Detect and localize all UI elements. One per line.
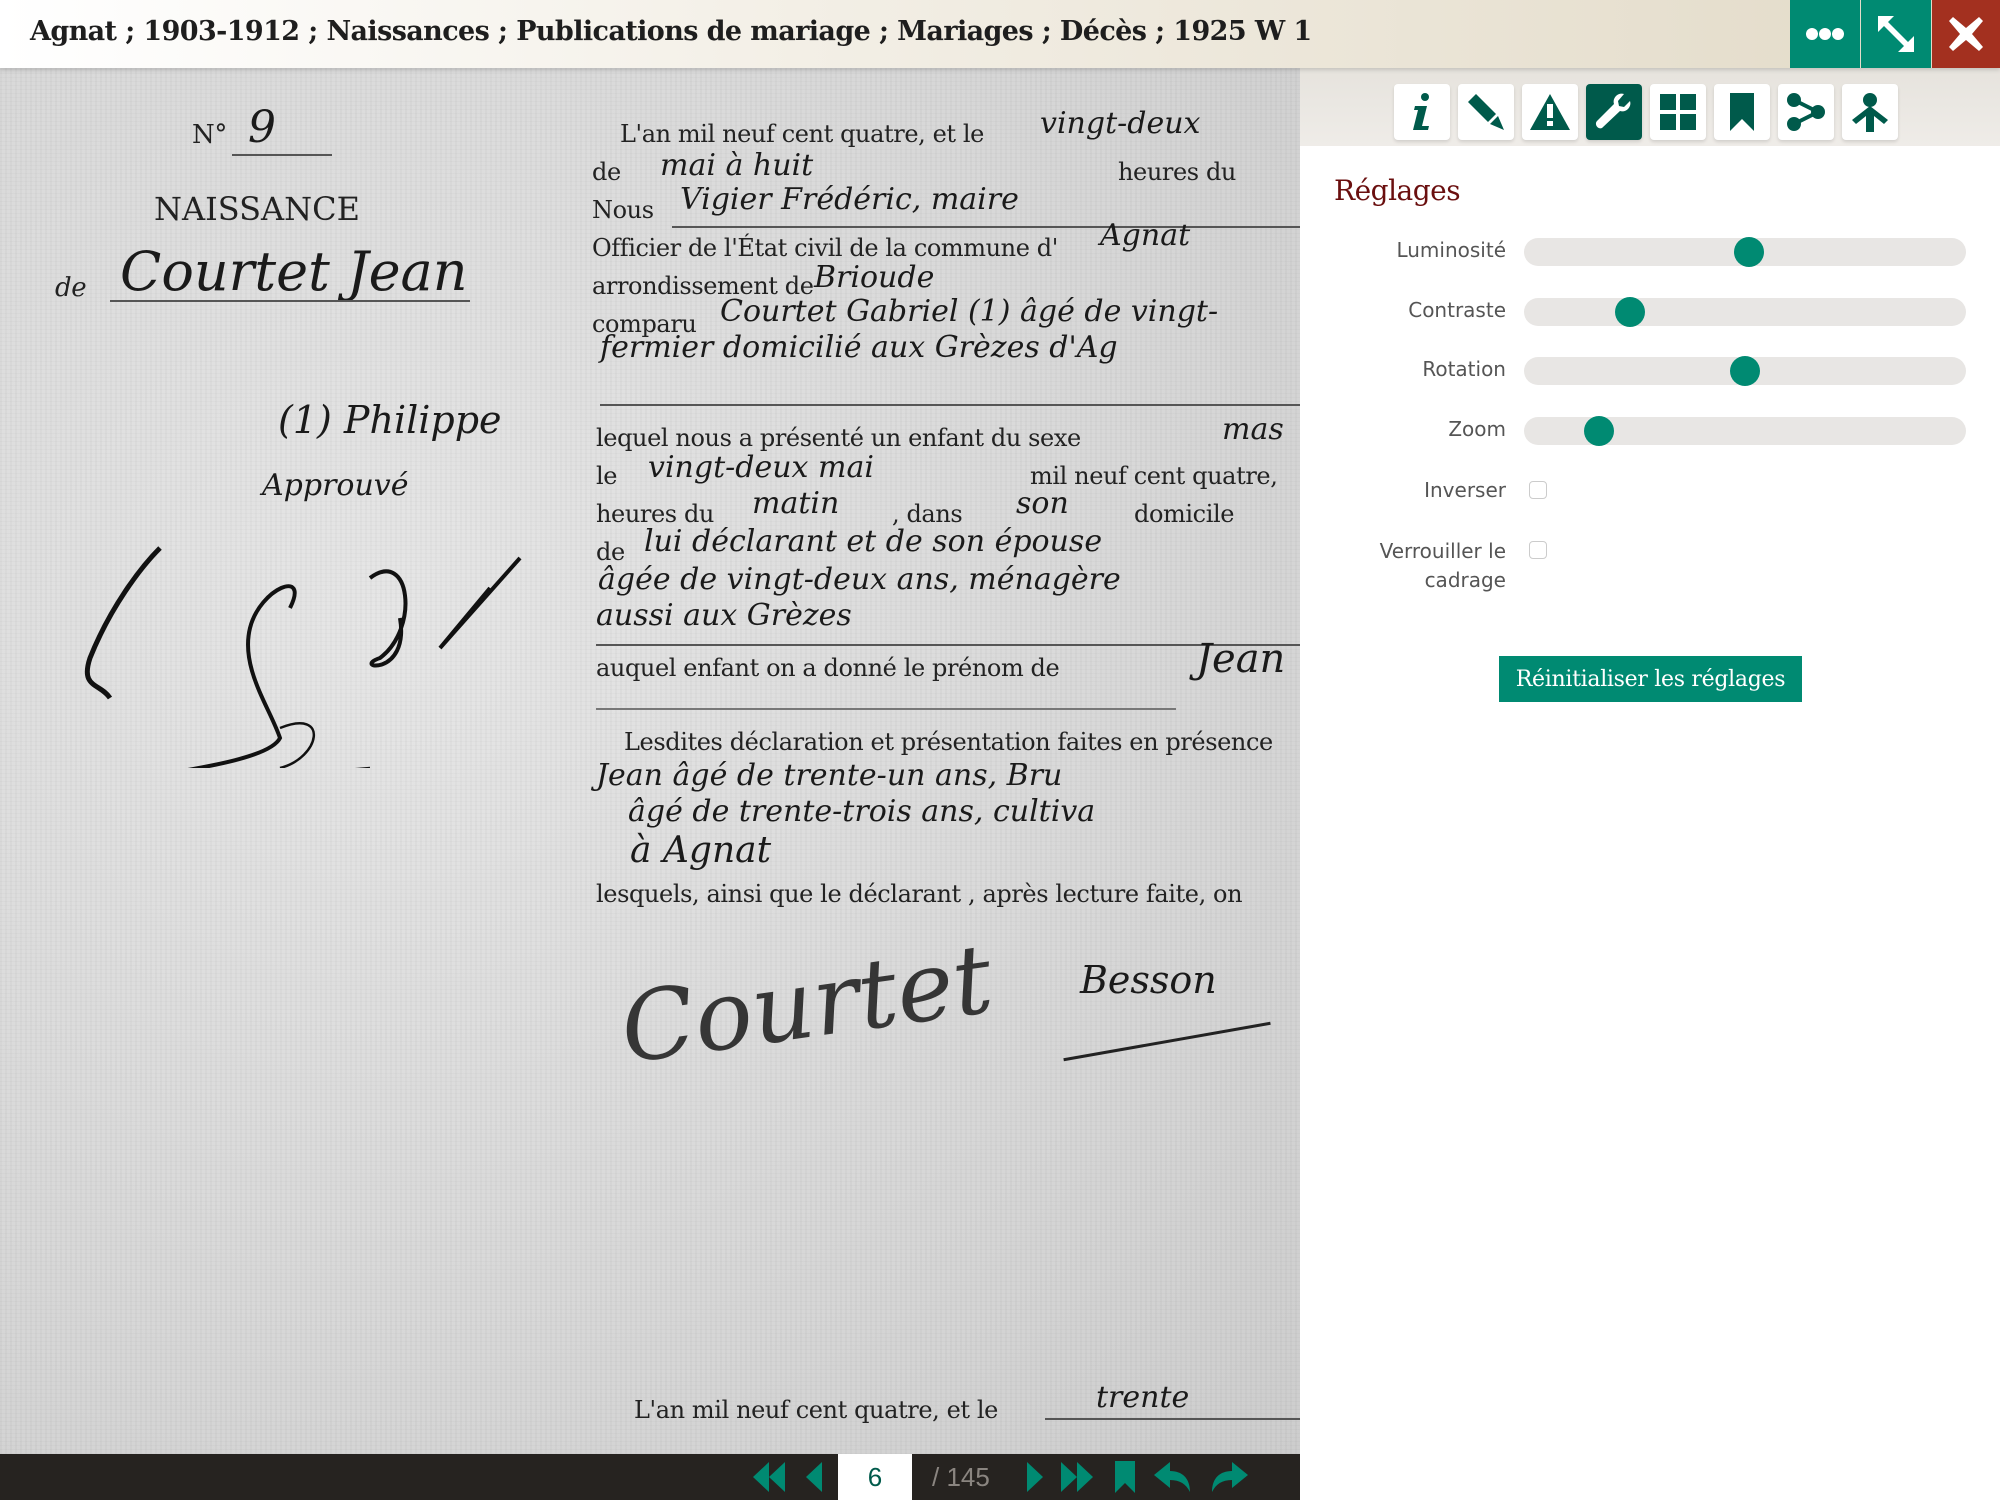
body-line-3-nous: Nous (592, 196, 654, 224)
page-navigation-bar: 6 / 145 (0, 1454, 1300, 1500)
current-page-value: 6 (868, 1462, 882, 1493)
handwritten-mother-age: âgée de vingt-deux ans, ménagère (598, 562, 1121, 597)
zoom-slider[interactable] (1524, 417, 1966, 445)
body-line-4-officier: Officier de l'État civil de la commune d… (592, 234, 1058, 262)
share-icon (1786, 92, 1826, 132)
double-chevron-left-icon (751, 1462, 787, 1492)
invert-label: Inverser (1296, 478, 1506, 502)
tool-share[interactable] (1778, 84, 1834, 140)
handwritten-father-residence: fermier domicilié aux Grèzes d'Ag (600, 330, 1118, 365)
chevron-right-icon (1025, 1462, 1043, 1492)
handwritten-day: vingt-deux (1040, 106, 1200, 141)
contrast-label: Contraste (1296, 298, 1506, 322)
handwritten-son: son (1016, 486, 1069, 521)
double-chevron-right-icon (1059, 1462, 1095, 1492)
handwritten-officer: Vigier Frédéric, maire (680, 182, 1019, 217)
fullscreen-button[interactable] (1861, 0, 1931, 68)
close-x-icon (1947, 15, 1985, 53)
lock-framing-checkbox[interactable] (1529, 541, 1547, 559)
close-button[interactable] (1932, 0, 2000, 68)
person-tree-icon (1850, 92, 1890, 132)
act-type: NAISSANCE (154, 190, 360, 228)
handwritten-sex: mas (1222, 412, 1284, 447)
grid-icon (1660, 94, 1696, 130)
tool-bookmarks[interactable] (1714, 84, 1770, 140)
handwritten-father: Courtet Gabriel (1) âgé de vingt- (720, 294, 1218, 329)
lock-framing-label: Verrouiller le cadrage (1296, 537, 1506, 595)
handwritten-mother-residence: aussi aux Grèzes (596, 598, 852, 633)
bookmark-page-button[interactable] (1110, 1454, 1140, 1500)
margin-note: (1) Philippe (278, 398, 502, 442)
body-line-2-heures: heures du (1118, 158, 1236, 186)
body-line-le: le (596, 462, 617, 490)
body-line-2-de: de (592, 158, 621, 186)
reset-settings-button[interactable]: Réinitialiser les réglages (1499, 656, 1802, 702)
approved-note: Approuvé (262, 468, 409, 503)
body-line-lesdites: Lesdites déclaration et présentation fai… (624, 728, 1273, 756)
previous-page-button[interactable] (800, 1454, 830, 1500)
handwritten-witness-1: Jean âgé de trente-un ans, Bru (596, 758, 1062, 793)
rotation-knob[interactable] (1730, 356, 1760, 386)
handwritten-time: matin (752, 486, 839, 521)
panel-title: Réglages (1334, 174, 1460, 207)
next-page-button[interactable] (1020, 1454, 1048, 1500)
settings-panel: Réglages Luminosité Contraste Rotation Z… (1300, 68, 2000, 1500)
body-line-domicile: domicile (1134, 500, 1234, 528)
act-number-label: N° (192, 120, 227, 150)
margin-initials-signature (80, 508, 540, 768)
undo-arrow-icon (1154, 1462, 1194, 1492)
panel-toolbar (1300, 68, 2000, 146)
zoom-label: Zoom (1296, 417, 1506, 441)
handwritten-commune: Agnat (1100, 218, 1190, 253)
body-line-prenom: auquel enfant on a donné le prénom de (596, 654, 1059, 682)
handwritten-arrondissement: Brioude (814, 260, 934, 295)
rotation-slider[interactable] (1524, 357, 1966, 385)
redo-button[interactable] (1206, 1454, 1250, 1500)
chevron-left-icon (806, 1462, 824, 1492)
invert-checkbox[interactable] (1529, 481, 1547, 499)
signature-besson: Besson (1080, 958, 1217, 1002)
tool-annotate[interactable] (1458, 84, 1514, 140)
act-number-value: 9 (248, 102, 276, 153)
brightness-knob[interactable] (1734, 237, 1764, 267)
warning-triangle-icon (1530, 94, 1570, 130)
body-line-lequel: lequel nous a présenté un enfant du sexe (596, 424, 1081, 452)
undo-button[interactable] (1152, 1454, 1196, 1500)
tool-info[interactable] (1394, 84, 1450, 140)
total-pages: / 145 (932, 1462, 990, 1493)
handwritten-birthdate: vingt-deux mai (648, 450, 874, 485)
handwritten-month-hour: mai à huit (660, 148, 813, 183)
registered-name: Courtet Jean (120, 240, 468, 303)
brightness-label: Luminosité (1296, 238, 1506, 262)
document-image-viewer[interactable]: N° 9 NAISSANCE de Courtet Jean (1) Phili… (0, 68, 1300, 1454)
handwritten-firstname: Jean (1196, 636, 1285, 682)
expand-arrows-icon (1876, 14, 1916, 54)
info-icon (1407, 92, 1437, 132)
bookmark-icon (1115, 1461, 1135, 1493)
handwritten-witness-place: à Agnat (630, 830, 771, 871)
next-act-line: L'an mil neuf cent quatre, et le (634, 1396, 998, 1424)
current-page-input[interactable]: 6 (838, 1454, 912, 1500)
tool-report[interactable] (1522, 84, 1578, 140)
next-act-handwritten: trente (1096, 1380, 1189, 1415)
handwritten-declarant: lui déclarant et de son épouse (644, 524, 1102, 559)
viewer-header: Agnat ; 1903-1912 ; Naissances ; Publica… (0, 0, 2000, 68)
tool-thumbnails[interactable] (1650, 84, 1706, 140)
bookmark-icon (1730, 93, 1754, 131)
brightness-slider[interactable] (1524, 238, 1966, 266)
pencil-icon (1466, 92, 1506, 132)
handwritten-witness-2: âgé de trente-trois ans, cultiva (628, 794, 1095, 829)
more-options-button[interactable] (1790, 0, 1860, 68)
document-title: Agnat ; 1903-1912 ; Naissances ; Publica… (30, 16, 1312, 47)
last-page-button[interactable] (1056, 1454, 1098, 1500)
wrench-icon (1594, 92, 1634, 132)
redo-arrow-icon (1208, 1462, 1248, 1492)
tool-genealogy[interactable] (1842, 84, 1898, 140)
rotation-label: Rotation (1296, 357, 1506, 381)
body-line-lesquels: lesquels, ainsi que le déclarant , après… (596, 880, 1242, 908)
ellipsis-icon (1805, 27, 1845, 41)
de-label: de (55, 273, 86, 303)
body-line-1: L'an mil neuf cent quatre, et le (620, 120, 984, 148)
contrast-slider[interactable] (1524, 298, 1966, 326)
contrast-knob[interactable] (1615, 297, 1645, 327)
tool-settings[interactable] (1586, 84, 1642, 140)
zoom-knob[interactable] (1584, 416, 1614, 446)
first-page-button[interactable] (748, 1454, 790, 1500)
